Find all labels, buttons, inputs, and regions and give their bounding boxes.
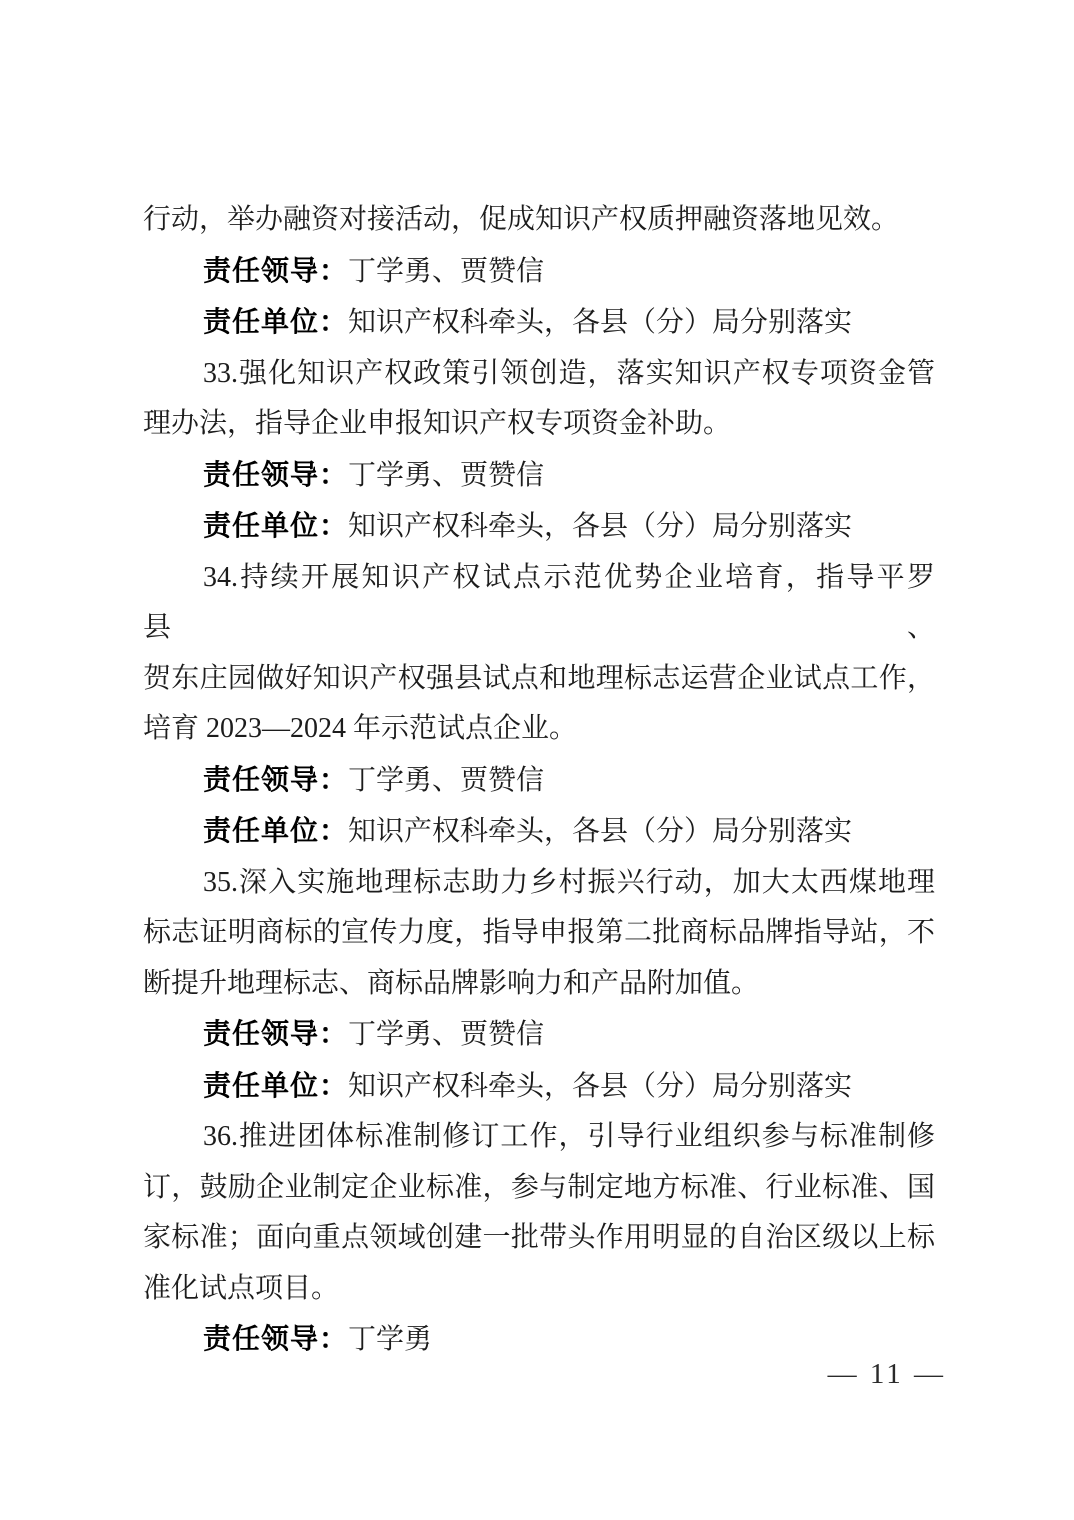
- task-35-line-2: 标志证明商标的宣传力度，指导申报第二批商标品牌指导站，不: [143, 908, 935, 959]
- responsible-unit-names: 知识产权科牵头，各县（分）局分别落实: [348, 511, 852, 542]
- responsible-leader-line: 责任领导：丁学勇、贾赞信: [143, 755, 935, 807]
- responsible-leader-names: 丁学勇、贾赞信: [348, 1019, 544, 1050]
- responsible-leader-line: 责任领导：丁学勇: [143, 1314, 935, 1366]
- responsible-leader-names: 丁学勇、贾赞信: [348, 460, 544, 491]
- responsible-leader-names: 丁学勇、贾赞信: [348, 256, 544, 287]
- responsible-leader-line: 责任领导：丁学勇、贾赞信: [143, 1009, 935, 1061]
- task-36-line-4: 准化试点项目。: [143, 1264, 935, 1315]
- task-34-line-3: 培育 2023—2024 年示范试点企业。: [143, 704, 935, 755]
- task-34-line-2: 贺东庄园做好知识产权强县试点和地理标志运营企业试点工作，: [143, 654, 935, 705]
- responsible-leader-line: 责任领导：丁学勇、贾赞信: [143, 246, 935, 298]
- responsible-unit-line: 责任单位：知识产权科牵头，各县（分）局分别落实: [143, 297, 935, 349]
- responsible-unit-names: 知识产权科牵头，各县（分）局分别落实: [348, 307, 852, 338]
- responsible-unit-label: 责任单位：: [203, 1070, 348, 1101]
- responsible-leader-names: 丁学勇、贾赞信: [348, 765, 544, 796]
- responsible-unit-label: 责任单位：: [203, 306, 348, 337]
- responsible-unit-names: 知识产权科牵头，各县（分）局分别落实: [348, 1071, 852, 1102]
- task-34-line-1: 34.持续开展知识产权试点示范优势企业培育，指导平罗县、: [143, 553, 935, 654]
- task-36-line-3: 家标准；面向重点领域创建一批带头作用明显的自治区级以上标: [143, 1213, 935, 1264]
- responsible-unit-line: 责任单位：知识产权科牵头，各县（分）局分别落实: [143, 806, 935, 858]
- responsible-leader-line: 责任领导：丁学勇、贾赞信: [143, 450, 935, 502]
- task-33-line-2: 理办法，指导企业申报知识产权专项资金补助。: [143, 399, 935, 450]
- document-body: 行动，举办融资对接活动，促成知识产权质押融资落地见效。 责任领导：丁学勇、贾赞信…: [143, 195, 935, 1366]
- responsible-unit-label: 责任单位：: [203, 815, 348, 846]
- task-33-line-1: 33.强化知识产权政策引领创造，落实知识产权专项资金管: [143, 349, 935, 400]
- responsible-leader-names: 丁学勇: [348, 1324, 432, 1355]
- page-number: — 11 —: [828, 1352, 946, 1396]
- responsible-leader-label: 责任领导：: [203, 764, 348, 795]
- responsible-unit-line: 责任单位：知识产权科牵头，各县（分）局分别落实: [143, 501, 935, 553]
- responsible-unit-label: 责任单位：: [203, 510, 348, 541]
- paragraph-continuation-line: 行动，举办融资对接活动，促成知识产权质押融资落地见效。: [143, 195, 935, 246]
- responsible-leader-label: 责任领导：: [203, 255, 348, 286]
- task-35-line-3: 断提升地理标志、商标品牌影响力和产品附加值。: [143, 959, 935, 1010]
- responsible-leader-label: 责任领导：: [203, 1323, 348, 1354]
- task-36-line-1: 36.推进团体标准制修订工作，引导行业组织参与标准制修: [143, 1112, 935, 1163]
- task-36-line-2: 订，鼓励企业制定企业标准，参与制定地方标准、行业标准、国: [143, 1163, 935, 1214]
- task-35-line-1: 35.深入实施地理标志助力乡村振兴行动，加大太西煤地理: [143, 858, 935, 909]
- document-page: 行动，举办融资对接活动，促成知识产权质押融资落地见效。 责任领导：丁学勇、贾赞信…: [0, 0, 1074, 1520]
- responsible-unit-line: 责任单位：知识产权科牵头，各县（分）局分别落实: [143, 1061, 935, 1113]
- responsible-leader-label: 责任领导：: [203, 459, 348, 490]
- responsible-unit-names: 知识产权科牵头，各县（分）局分别落实: [348, 816, 852, 847]
- responsible-leader-label: 责任领导：: [203, 1018, 348, 1049]
